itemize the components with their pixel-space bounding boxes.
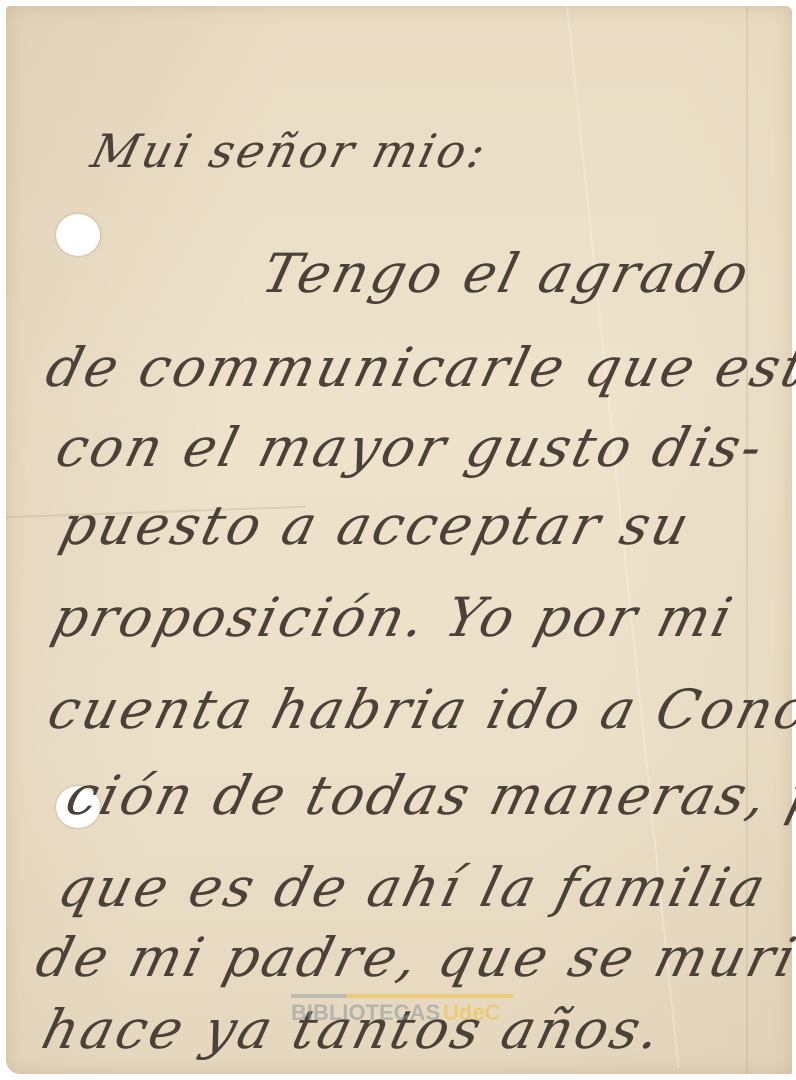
letter-salutation: Mui señor mio: (86, 124, 494, 178)
letter-line: proposición. Yo por mi (46, 586, 741, 649)
letter-line: de communicarle que estoi (40, 336, 796, 399)
letter-line: cuenta habria ido a Concep- (42, 678, 796, 741)
watermark-bar (291, 994, 513, 998)
letter-line: con el mayor gusto dis- (50, 416, 771, 479)
letter-line: Tengo el agrado (256, 242, 758, 305)
letter-line: ción de todas maneras, por- (60, 764, 796, 827)
letter-line: puesto a acceptar su (54, 494, 698, 557)
library-watermark: BIBLIOTECAS UdeC (291, 994, 513, 1034)
watermark-main-text: BIBLIOTECAS (291, 1000, 440, 1026)
letter-page: Mui señor mio: Tengo el agrado de commun… (6, 6, 792, 1074)
watermark-sub-text: UdeC (443, 1000, 500, 1026)
letter-line: que es de ahí la familia (52, 856, 774, 919)
letter-line: de mi padre, que se murió (30, 926, 796, 989)
handwritten-text: Mui señor mio: Tengo el agrado de commun… (6, 6, 792, 1074)
